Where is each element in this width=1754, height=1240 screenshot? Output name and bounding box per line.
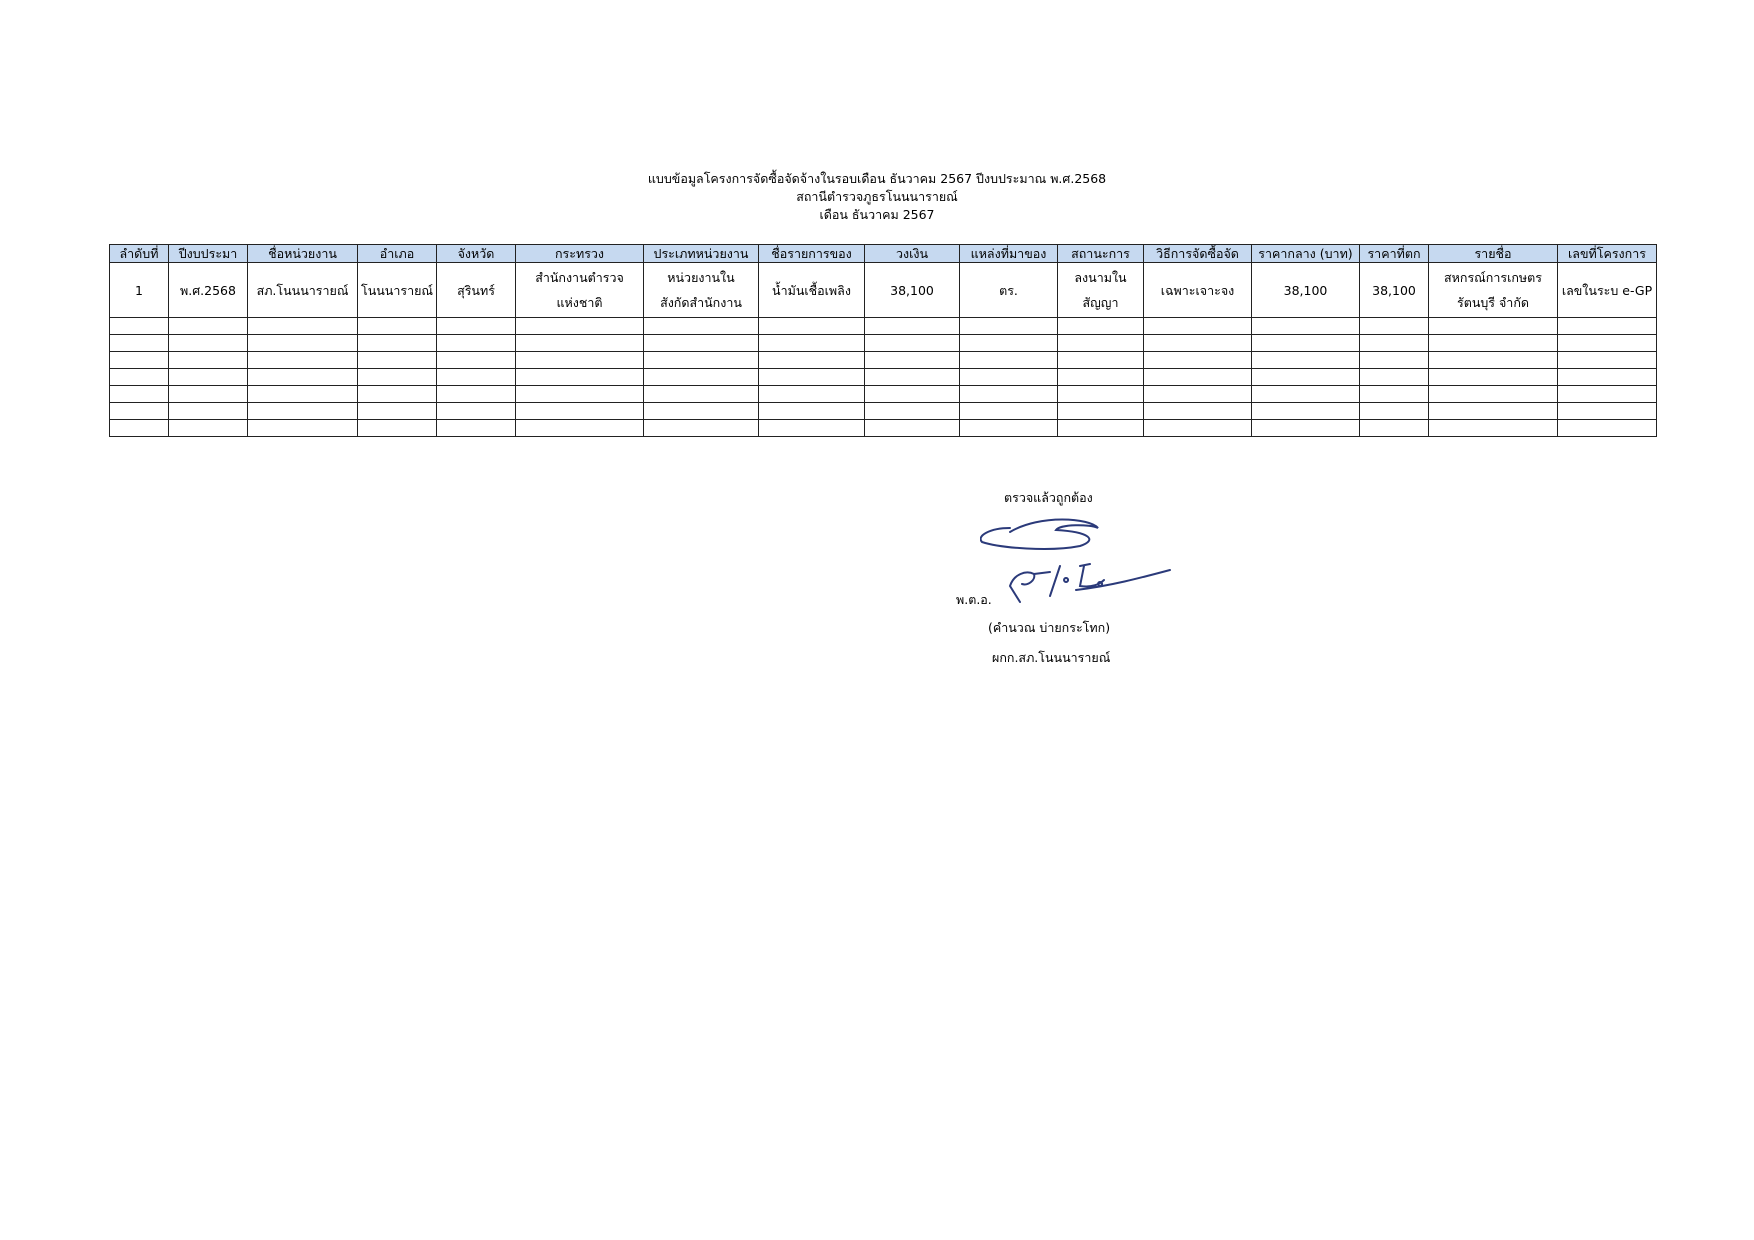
column-header: อำเภอ <box>358 245 437 263</box>
table-cell: พ.ศ.2568 <box>169 263 248 318</box>
table-cell: เลขในระบ e-GP <box>1558 263 1657 318</box>
empty-cell <box>437 352 516 369</box>
cell-line: แห่งชาติ <box>518 290 641 315</box>
empty-cell <box>1360 420 1429 437</box>
empty-cell <box>516 335 644 352</box>
table-cell: สหกรณ์การเกษตรรัตนบุรี จำกัด <box>1429 263 1558 318</box>
empty-cell <box>110 335 169 352</box>
signer-name: (คำนวณ บ่ายกระโทก) <box>988 618 1110 638</box>
table-cell: น้ำมันเชื้อเพลิง <box>759 263 865 318</box>
column-header: วิธีการจัดซื้อจัด <box>1144 245 1252 263</box>
column-header: ลำดับที่ <box>110 245 169 263</box>
column-header: ประเภทหน่วยงาน <box>644 245 759 263</box>
empty-cell <box>759 369 865 386</box>
empty-cell <box>759 318 865 335</box>
empty-cell <box>110 403 169 420</box>
empty-cell <box>358 369 437 386</box>
cell-line: เลขในระบ e-GP <box>1560 278 1654 303</box>
empty-cell <box>169 420 248 437</box>
table-cell: ตร. <box>960 263 1058 318</box>
empty-cell <box>644 369 759 386</box>
empty-cell <box>516 386 644 403</box>
empty-cell <box>516 369 644 386</box>
table-cell: 38,100 <box>1360 263 1429 318</box>
empty-cell <box>960 403 1058 420</box>
empty-cell <box>1360 386 1429 403</box>
empty-cell <box>1558 352 1657 369</box>
cell-line: 38,100 <box>867 278 957 303</box>
empty-cell <box>1252 369 1360 386</box>
cell-line: โนนนารายณ์ <box>360 278 434 303</box>
empty-cell <box>437 403 516 420</box>
column-header: วงเงิน <box>865 245 960 263</box>
empty-cell <box>169 403 248 420</box>
cell-line: สังกัดสำนักงาน <box>646 290 756 315</box>
column-header: ปีงบประมา <box>169 245 248 263</box>
cell-line: น้ำมันเชื้อเพลิง <box>761 278 862 303</box>
cell-line: รัตนบุรี จำกัด <box>1431 290 1555 315</box>
cell-line: 38,100 <box>1254 278 1357 303</box>
column-header: แหล่งที่มาของ <box>960 245 1058 263</box>
empty-cell <box>644 318 759 335</box>
empty-cell <box>169 318 248 335</box>
empty-cell <box>358 352 437 369</box>
empty-cell <box>110 352 169 369</box>
cell-line: ตร. <box>962 278 1055 303</box>
empty-cell <box>1558 335 1657 352</box>
empty-cell <box>1360 318 1429 335</box>
empty-table-row <box>110 352 1657 369</box>
table-cell: 38,100 <box>865 263 960 318</box>
empty-cell <box>1144 335 1252 352</box>
table-cell: สุรินทร์ <box>437 263 516 318</box>
table-row: 1พ.ศ.2568สภ.โนนนารายณ์โนนนารายณ์สุรินทร์… <box>110 263 1657 318</box>
title-line-1: แบบข้อมูลโครงการจัดซื้อจัดจ้างในรอบเดือน… <box>0 170 1754 188</box>
empty-cell <box>759 352 865 369</box>
empty-cell <box>437 369 516 386</box>
empty-cell <box>437 386 516 403</box>
empty-cell <box>960 369 1058 386</box>
column-header: เลขที่โครงการ <box>1558 245 1657 263</box>
empty-cell <box>1252 318 1360 335</box>
empty-cell <box>1144 352 1252 369</box>
column-header: ราคาที่ตก <box>1360 245 1429 263</box>
checked-label: ตรวจแล้วถูกต้อง <box>1004 488 1093 508</box>
signature-icon <box>980 514 1180 604</box>
empty-cell <box>1360 403 1429 420</box>
empty-cell <box>248 420 358 437</box>
empty-cell <box>1058 403 1144 420</box>
empty-cell <box>1058 386 1144 403</box>
empty-cell <box>110 318 169 335</box>
empty-cell <box>1558 386 1657 403</box>
empty-cell <box>960 386 1058 403</box>
cell-line: สำนักงานตำรวจ <box>518 265 641 290</box>
empty-cell <box>1252 386 1360 403</box>
empty-cell <box>516 403 644 420</box>
empty-cell <box>865 386 960 403</box>
empty-cell <box>960 352 1058 369</box>
cell-line: 38,100 <box>1362 278 1426 303</box>
empty-table-row <box>110 420 1657 437</box>
signer-rank: พ.ต.อ. <box>956 590 992 610</box>
table-cell: สำนักงานตำรวจแห่งชาติ <box>516 263 644 318</box>
empty-cell <box>169 386 248 403</box>
cell-line: หน่วยงานใน <box>646 265 756 290</box>
table-header-row: ลำดับที่ปีงบประมาชื่อหน่วยงานอำเภอจังหวั… <box>110 245 1657 263</box>
empty-cell <box>759 403 865 420</box>
table-cell: ลงนามในสัญญา <box>1058 263 1144 318</box>
empty-cell <box>960 318 1058 335</box>
title-line-3: เดือน ธันวาคม 2567 <box>0 206 1754 224</box>
empty-cell <box>759 420 865 437</box>
empty-cell <box>1058 369 1144 386</box>
empty-cell <box>110 386 169 403</box>
empty-cell <box>865 403 960 420</box>
column-header: ชื่อรายการของ <box>759 245 865 263</box>
empty-cell <box>248 352 358 369</box>
empty-cell <box>1252 403 1360 420</box>
empty-cell <box>516 420 644 437</box>
empty-cell <box>1058 318 1144 335</box>
table-cell: โนนนารายณ์ <box>358 263 437 318</box>
empty-cell <box>358 386 437 403</box>
empty-cell <box>1058 420 1144 437</box>
empty-cell <box>1558 420 1657 437</box>
empty-cell <box>1429 335 1558 352</box>
title-line-2: สถานีตำรวจภูธรโนนนารายณ์ <box>0 188 1754 206</box>
empty-cell <box>516 318 644 335</box>
empty-table-row <box>110 335 1657 352</box>
cell-line: สภ.โนนนารายณ์ <box>250 278 355 303</box>
empty-cell <box>1360 335 1429 352</box>
cell-line: 1 <box>112 278 166 303</box>
empty-cell <box>1360 369 1429 386</box>
empty-cell <box>437 318 516 335</box>
empty-cell <box>960 420 1058 437</box>
empty-cell <box>358 420 437 437</box>
empty-cell <box>110 420 169 437</box>
empty-cell <box>1144 318 1252 335</box>
empty-cell <box>1429 318 1558 335</box>
column-header: กระทรวง <box>516 245 644 263</box>
empty-cell <box>865 369 960 386</box>
empty-table-row <box>110 403 1657 420</box>
cell-line: สหกรณ์การเกษตร <box>1431 265 1555 290</box>
table-cell: 38,100 <box>1252 263 1360 318</box>
empty-cell <box>1558 318 1657 335</box>
empty-cell <box>516 352 644 369</box>
empty-cell <box>1558 403 1657 420</box>
empty-cell <box>1429 386 1558 403</box>
empty-table-row <box>110 386 1657 403</box>
column-header: สถานะการ <box>1058 245 1144 263</box>
empty-cell <box>759 386 865 403</box>
empty-cell <box>644 386 759 403</box>
empty-cell <box>1144 386 1252 403</box>
empty-cell <box>358 335 437 352</box>
table-cell: เฉพาะเจาะจง <box>1144 263 1252 318</box>
table-cell: 1 <box>110 263 169 318</box>
empty-cell <box>1429 369 1558 386</box>
empty-cell <box>248 386 358 403</box>
column-header: ชื่อหน่วยงาน <box>248 245 358 263</box>
empty-cell <box>865 420 960 437</box>
cell-line: สัญญา <box>1060 290 1141 315</box>
empty-cell <box>644 420 759 437</box>
cell-line: พ.ศ.2568 <box>171 278 245 303</box>
cell-line: สุรินทร์ <box>439 278 513 303</box>
empty-cell <box>644 403 759 420</box>
document-title: แบบข้อมูลโครงการจัดซื้อจัดจ้างในรอบเดือน… <box>0 170 1754 224</box>
empty-cell <box>1252 352 1360 369</box>
empty-cell <box>1144 403 1252 420</box>
empty-cell <box>437 420 516 437</box>
empty-cell <box>865 352 960 369</box>
empty-cell <box>1558 369 1657 386</box>
empty-cell <box>1058 352 1144 369</box>
empty-cell <box>110 369 169 386</box>
empty-cell <box>248 369 358 386</box>
empty-cell <box>1252 335 1360 352</box>
empty-cell <box>1360 352 1429 369</box>
empty-cell <box>1429 420 1558 437</box>
empty-table-row <box>110 318 1657 335</box>
empty-cell <box>358 403 437 420</box>
procurement-table: ลำดับที่ปีงบประมาชื่อหน่วยงานอำเภอจังหวั… <box>109 244 1657 437</box>
empty-cell <box>1429 403 1558 420</box>
empty-cell <box>169 335 248 352</box>
empty-cell <box>437 335 516 352</box>
table-cell: สภ.โนนนารายณ์ <box>248 263 358 318</box>
empty-cell <box>759 335 865 352</box>
empty-cell <box>865 335 960 352</box>
signer-position: ผกก.สภ.โนนนารายณ์ <box>992 648 1110 668</box>
empty-cell <box>248 403 358 420</box>
empty-cell <box>644 352 759 369</box>
empty-cell <box>865 318 960 335</box>
empty-cell <box>960 335 1058 352</box>
cell-line: เฉพาะเจาะจง <box>1146 278 1249 303</box>
column-header: ราคากลาง (บาท) <box>1252 245 1360 263</box>
column-header: จังหวัด <box>437 245 516 263</box>
empty-cell <box>169 369 248 386</box>
column-header: รายชื่อ <box>1429 245 1558 263</box>
table-cell: หน่วยงานในสังกัดสำนักงาน <box>644 263 759 318</box>
empty-cell <box>644 335 759 352</box>
empty-table-row <box>110 369 1657 386</box>
empty-cell <box>358 318 437 335</box>
empty-cell <box>1429 352 1558 369</box>
empty-cell <box>1252 420 1360 437</box>
empty-cell <box>248 318 358 335</box>
empty-cell <box>1144 420 1252 437</box>
empty-cell <box>1058 335 1144 352</box>
cell-line: ลงนามใน <box>1060 265 1141 290</box>
empty-cell <box>248 335 358 352</box>
empty-cell <box>169 352 248 369</box>
empty-cell <box>1144 369 1252 386</box>
